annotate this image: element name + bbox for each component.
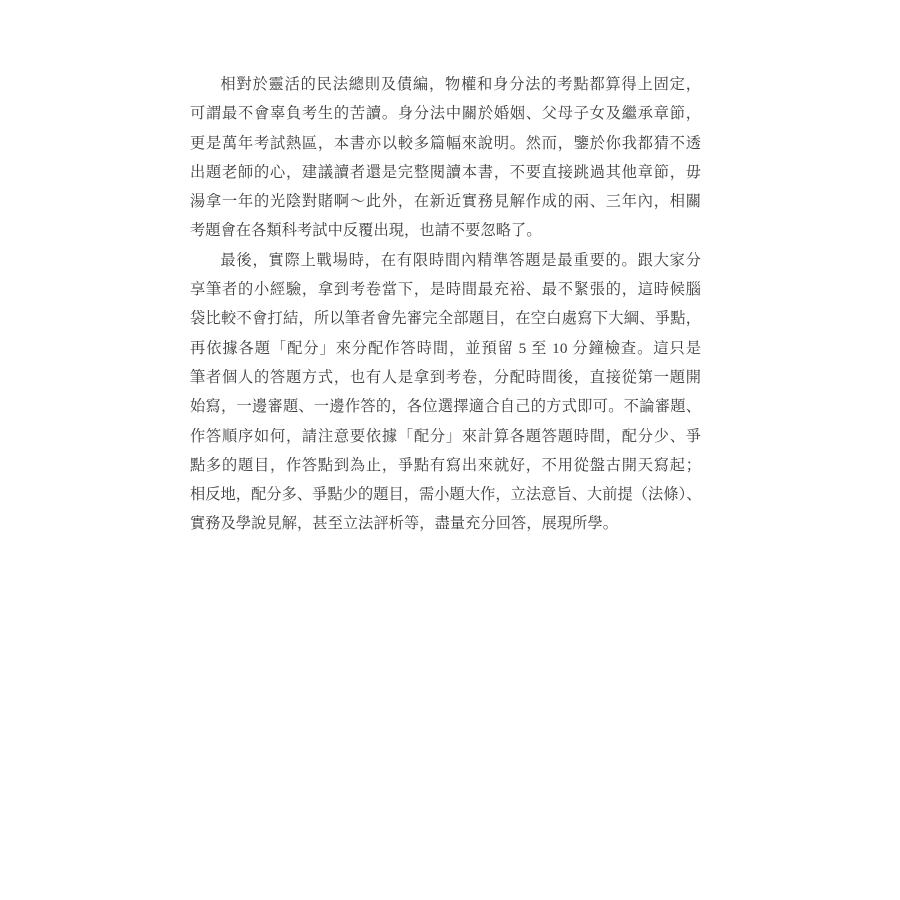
text-line: 可謂最不會辜負考生的苦讀。身分法中關於婚姻、父母子女及繼承章節， — [190, 99, 701, 128]
text-line: 筆者個人的答題方式，也有人是拿到考卷，分配時間後，直接從第一題開 — [190, 363, 701, 392]
text-line: 享筆者的小經驗，拿到考卷當下，是時間最充裕、最不緊張的，這時候腦 — [190, 275, 701, 304]
text-line: 考題會在各類科考試中反覆出現，也請不要忽略了。 — [190, 216, 701, 245]
text-line: 最後，實際上戰場時，在有限時間內精準答題是最重要的。跟大家分 — [190, 246, 701, 275]
text-block: 相對於靈活的民法總則及債編，物權和身分法的考點都算得上固定，可謂最不會辜負考生的… — [190, 70, 701, 539]
text-line: 相反地，配分多、爭點少的題目，需小題大作，立法意旨、大前提（法條）、 — [190, 480, 701, 509]
text-line: 湯拿一年的光陰對賭啊～此外，在新近實務見解作成的兩、三年內，相關 — [190, 187, 701, 216]
paragraph: 最後，實際上戰場時，在有限時間內精準答題是最重要的。跟大家分享筆者的小經驗，拿到… — [190, 246, 701, 539]
paragraph: 相對於靈活的民法總則及債編，物權和身分法的考點都算得上固定，可謂最不會辜負考生的… — [190, 70, 701, 246]
text-line: 更是萬年考試熱區，本書亦以較多篇幅來說明。然而，鑒於你我都猜不透 — [190, 129, 701, 158]
text-line: 再依據各題「配分」來分配作答時間，並預留 5 至 10 分鐘檢查。這只是 — [190, 334, 701, 363]
text-line: 實務及學說見解，甚至立法評析等，盡量充分回答，展現所學。 — [190, 509, 701, 538]
text-line: 出題老師的心，建議讀者還是完整閱讀本書，不要直接跳過其他章節，毋 — [190, 158, 701, 187]
text-line: 袋比較不會打結，所以筆者會先審完全部題目，在空白處寫下大綱、爭點， — [190, 304, 701, 333]
text-line: 始寫，一邊審題、一邊作答的，各位選擇適合自己的方式即可。不論審題、 — [190, 392, 701, 421]
text-line: 相對於靈活的民法總則及債編，物權和身分法的考點都算得上固定， — [190, 70, 701, 99]
text-line: 作答順序如何，請注意要依據「配分」來計算各題答題時間，配分少、爭 — [190, 422, 701, 451]
book-page: 相對於靈活的民法總則及債編，物權和身分法的考點都算得上固定，可謂最不會辜負考生的… — [0, 0, 900, 900]
text-line: 點多的題目，作答點到為止，爭點有寫出來就好，不用從盤古開天寫起； — [190, 451, 701, 480]
